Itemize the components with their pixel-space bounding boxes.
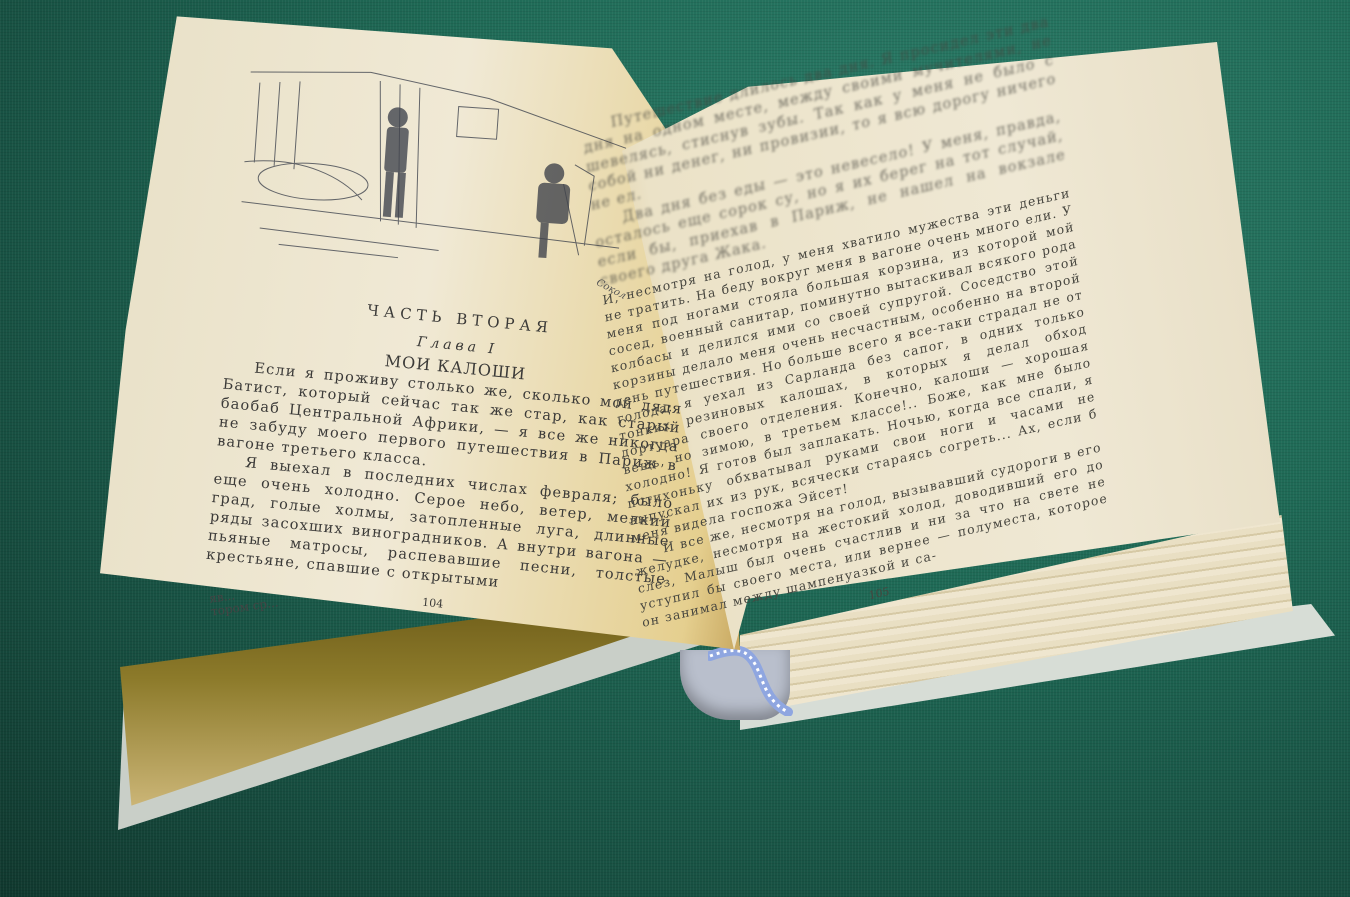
right-page-text: Путешествие длилось два дня. Я просидел … — [581, 13, 1114, 654]
bookmark-ribbon-icon[interactable] — [708, 646, 798, 716]
illustration-engraving — [238, 52, 631, 278]
